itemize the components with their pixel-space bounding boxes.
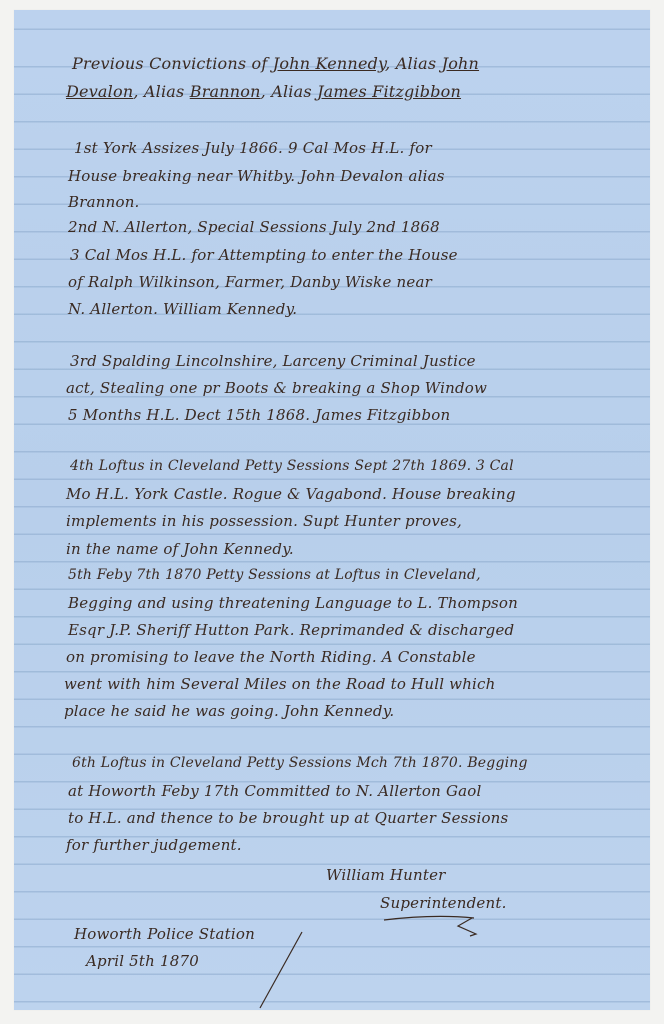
signature-name: William Hunter [326,866,446,884]
alias-name-john-kennedy: John Kennedy [273,54,385,73]
title-separator: , Alias [261,82,317,101]
conviction-2-line-3: of Ralph Wilkinson, Farmer, Danby Wiske … [68,273,432,291]
conviction-6-line-4: for further judgement. [66,836,242,854]
conviction-6-line-1: 6th Loftus in Cleveland Petty Sessions M… [72,755,528,771]
footer-place: Howorth Police Station [74,925,255,943]
conviction-5-line-2: Begging and using threatening Language t… [68,594,518,612]
signature-title: Superintendent. [380,894,507,912]
signature-flourish-icon [374,912,494,942]
conviction-3-line-2: act, Stealing one pr Boots & breaking a … [66,379,487,397]
conviction-1-line-2: House breaking near Whitby. John Devalon… [68,167,445,185]
conviction-2-line-1: 2nd N. Allerton, Special Sessions July 2… [68,218,440,236]
title-prefix: Previous Convictions of [72,54,273,73]
conviction-2-line-4: N. Allerton. William Kennedy. [68,300,297,318]
conviction-5-line-1: 5th Feby 7th 1870 Petty Sessions at Loft… [68,567,481,583]
conviction-3-line-3: 5 Months H.L. Dect 15th 1868. James Fitz… [68,406,450,424]
conviction-4-line-3: implements in his possession. Supt Hunte… [66,512,462,530]
conviction-6-line-2: at Howorth Feby 17th Committed to N. All… [68,782,482,800]
alias-name-devalon: Devalon [66,82,133,101]
footer-date: April 5th 1870 [86,952,199,970]
alias-name-james-fitzgibbon: James Fitzgibbon [317,82,461,101]
document-page: Previous Convictions of John Kennedy, Al… [14,10,650,1010]
conviction-6-line-3: to H.L. and thence to be brought up at Q… [68,809,508,827]
conviction-1-line-3: Brannon. [68,193,140,211]
conviction-3-line-1: 3rd Spalding Lincolnshire, Larceny Crimi… [70,352,476,370]
title-line-2: Devalon, Alias Brannon, Alias James Fitz… [66,82,461,101]
conviction-5-line-3: Esqr J.P. Sheriff Hutton Park. Reprimand… [68,621,514,639]
title-line-1: Previous Convictions of John Kennedy, Al… [72,54,479,73]
conviction-5-line-5: went with him Several Miles on the Road … [64,675,496,693]
alias-name-john: John [442,54,479,73]
conviction-4-line-4: in the name of John Kennedy. [66,540,294,558]
title-separator: , Alias [133,82,189,101]
conviction-5-line-4: on promising to leave the North Riding. … [66,648,476,666]
conviction-1-line-1: 1st York Assizes July 1866. 9 Cal Mos H.… [74,139,432,157]
conviction-4-line-2: Mo H.L. York Castle. Rogue & Vagabond. H… [66,485,516,503]
conviction-4-line-1: 4th Loftus in Cleveland Petty Sessions S… [70,458,514,474]
title-separator: , Alias [385,54,441,73]
date-flourish-icon [254,930,314,1010]
alias-name-brannon: Brannon [190,82,261,101]
conviction-2-line-2: 3 Cal Mos H.L. for Attempting to enter t… [70,246,458,264]
conviction-5-line-6: place he said he was going. John Kennedy… [64,702,394,720]
